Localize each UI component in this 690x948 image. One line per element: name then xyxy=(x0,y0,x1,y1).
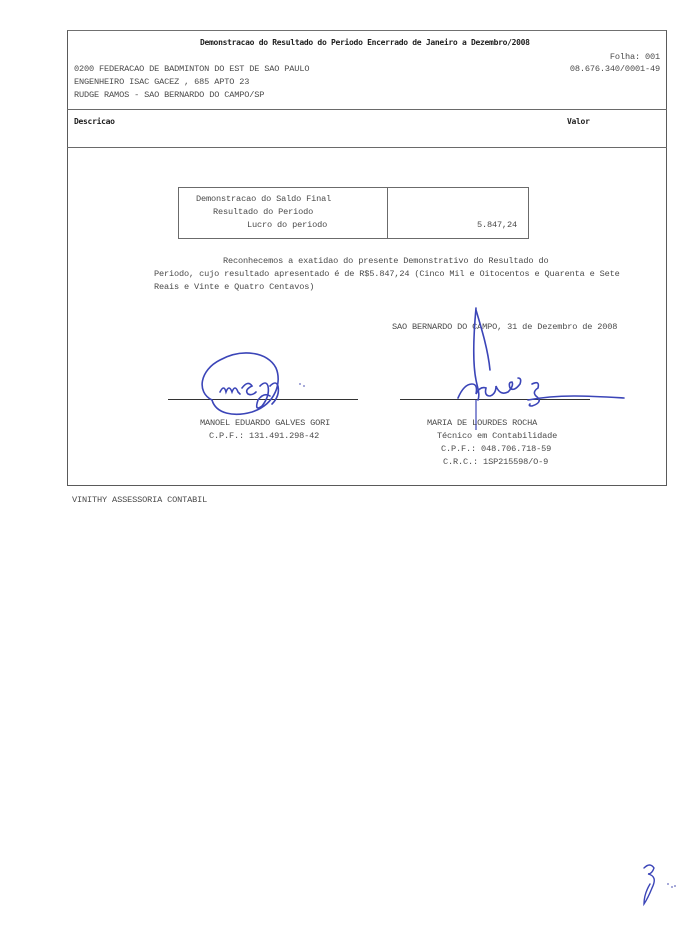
address-line-2: RUDGE RAMOS - SAO BERNARDO DO CAMPO/SP xyxy=(74,90,264,100)
document-title: Demonstracao do Resultado do Periodo Enc… xyxy=(200,38,530,47)
summary-box-divider xyxy=(387,187,388,239)
column-header-value: Valor xyxy=(567,117,590,126)
signature-ink-1 xyxy=(190,340,340,420)
summary-line-3: Lucro do periodo xyxy=(247,220,327,230)
company-line: 0200 FEDERACAO DE BADMINTON DO EST DE SA… xyxy=(74,64,309,74)
initials-mark xyxy=(638,860,688,910)
signatory-2-role: Técnico em Contabilidade xyxy=(437,431,557,441)
summary-value: 5.847,24 xyxy=(477,220,517,230)
signatory-1-name: MANOEL EDUARDO GALVES GORI xyxy=(200,418,330,428)
divider xyxy=(67,109,667,110)
declaration-line-3: Reais e Vinte e Quatro Centavos) xyxy=(154,282,314,292)
signatory-1-cpf: C.P.F.: 131.491.298-42 xyxy=(209,431,319,441)
declaration-line-1: Reconhecemos a exatidao do presente Demo… xyxy=(223,256,548,266)
summary-line-1: Demonstracao do Saldo Final xyxy=(196,194,331,204)
address-line-1: ENGENHEIRO ISAC GACEZ , 685 APTO 23 xyxy=(74,77,249,87)
signatory-2-name: MARIA DE LOURDES ROCHA xyxy=(427,418,537,428)
declaration-line-2: Periodo, cujo resultado apresentado é de… xyxy=(154,269,620,279)
signatory-2-crc: C.R.C.: 1SP215598/O-9 xyxy=(443,457,548,467)
page-number: Folha: 001 xyxy=(610,52,660,62)
signature-ink-2 xyxy=(420,300,630,430)
cnpj: 08.676.340/0001-49 xyxy=(570,64,660,74)
divider xyxy=(67,147,667,148)
signatory-2-cpf: C.P.F.: 048.706.718-59 xyxy=(441,444,551,454)
summary-line-2: Resultado do Periodo xyxy=(213,207,313,217)
footer-company: VINITHY ASSESSORIA CONTABIL xyxy=(72,495,207,505)
column-header-description: Descricao xyxy=(74,117,115,126)
